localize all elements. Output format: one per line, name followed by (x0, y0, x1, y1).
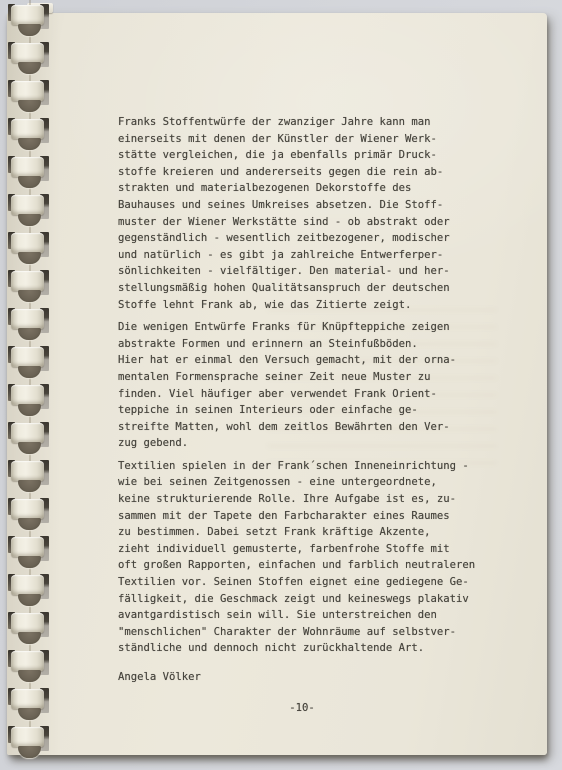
ring-hole-shadow (18, 176, 41, 188)
ring-hole-shadow (18, 138, 41, 150)
ring-hole-shadow (18, 594, 41, 606)
comb-ring-barrel (11, 119, 44, 139)
binding-ring (8, 4, 49, 36)
ring-hole-shadow (18, 366, 41, 378)
ring-hole-shadow (18, 252, 41, 264)
comb-ring-barrel (11, 613, 44, 633)
binding-ring (8, 80, 49, 112)
comb-ring-barrel (11, 461, 44, 481)
binding-ring (8, 118, 49, 150)
binding-ring (8, 650, 49, 682)
binding-ring (8, 384, 49, 416)
binding-ring (8, 156, 49, 188)
paragraph-2: Die wenigen Entwürfe Franks für Knüpftep… (118, 319, 486, 452)
ring-hole-shadow (18, 480, 41, 492)
comb-ring-barrel (11, 385, 44, 405)
author-signature: Angela Völker (118, 669, 486, 686)
ring-hole-shadow (18, 24, 41, 36)
binding-ring (8, 536, 49, 568)
binding-ring (8, 688, 49, 720)
document-page: Franks Stoffentwürfe der zwanziger Jahre… (7, 13, 547, 755)
comb-ring-barrel (11, 157, 44, 177)
comb-ring-barrel (11, 499, 44, 519)
ring-hole-shadow (18, 62, 41, 74)
comb-ring-barrel (11, 575, 44, 595)
comb-ring-barrel (11, 727, 44, 747)
ring-hole-shadow (18, 746, 41, 758)
binding-ring (8, 308, 49, 340)
comb-ring-barrel (11, 195, 44, 215)
binding-ring (8, 232, 49, 264)
binding-ring (8, 42, 49, 74)
comb-ring-barrel (11, 81, 44, 101)
paragraph-3: Textilien spielen in der Frank´schen Inn… (118, 458, 486, 657)
comb-ring-barrel (11, 651, 44, 671)
typewritten-text-block: Franks Stoffentwürfe der zwanziger Jahre… (118, 114, 486, 716)
binding-ring (8, 612, 49, 644)
ring-hole-shadow (18, 670, 41, 682)
comb-ring-barrel (11, 347, 44, 367)
ring-hole-shadow (18, 214, 41, 226)
paragraph-1: Franks Stoffentwürfe der zwanziger Jahre… (118, 114, 486, 313)
ring-hole-shadow (18, 100, 41, 112)
binding-ring (8, 194, 49, 226)
binding-ring (8, 346, 49, 378)
comb-ring-barrel (11, 43, 44, 63)
ring-hole-shadow (18, 290, 41, 302)
comb-ring-barrel (11, 423, 44, 443)
ring-hole-shadow (18, 556, 41, 568)
comb-ring-barrel (11, 309, 44, 329)
comb-ring-barrel (11, 233, 44, 253)
ring-hole-shadow (18, 518, 41, 530)
ring-hole-shadow (18, 328, 41, 340)
comb-ring-barrel (11, 689, 44, 709)
ring-hole-shadow (18, 442, 41, 454)
comb-ring-barrel (11, 537, 44, 557)
ring-hole-shadow (18, 708, 41, 720)
comb-ring-barrel (11, 271, 44, 291)
binding-ring (8, 574, 49, 606)
binding-ring (8, 498, 49, 530)
page-number: -10- (118, 700, 486, 717)
binding-ring (8, 422, 49, 454)
ring-hole-shadow (18, 632, 41, 644)
scanned-document-photo: { "colors": { "backdrop": "#d3d5da", "pa… (0, 0, 562, 770)
binding-ring (8, 726, 49, 758)
binding-ring (8, 460, 49, 492)
ring-hole-shadow (18, 404, 41, 416)
binding-ring (8, 270, 49, 302)
comb-ring-barrel (11, 5, 44, 25)
